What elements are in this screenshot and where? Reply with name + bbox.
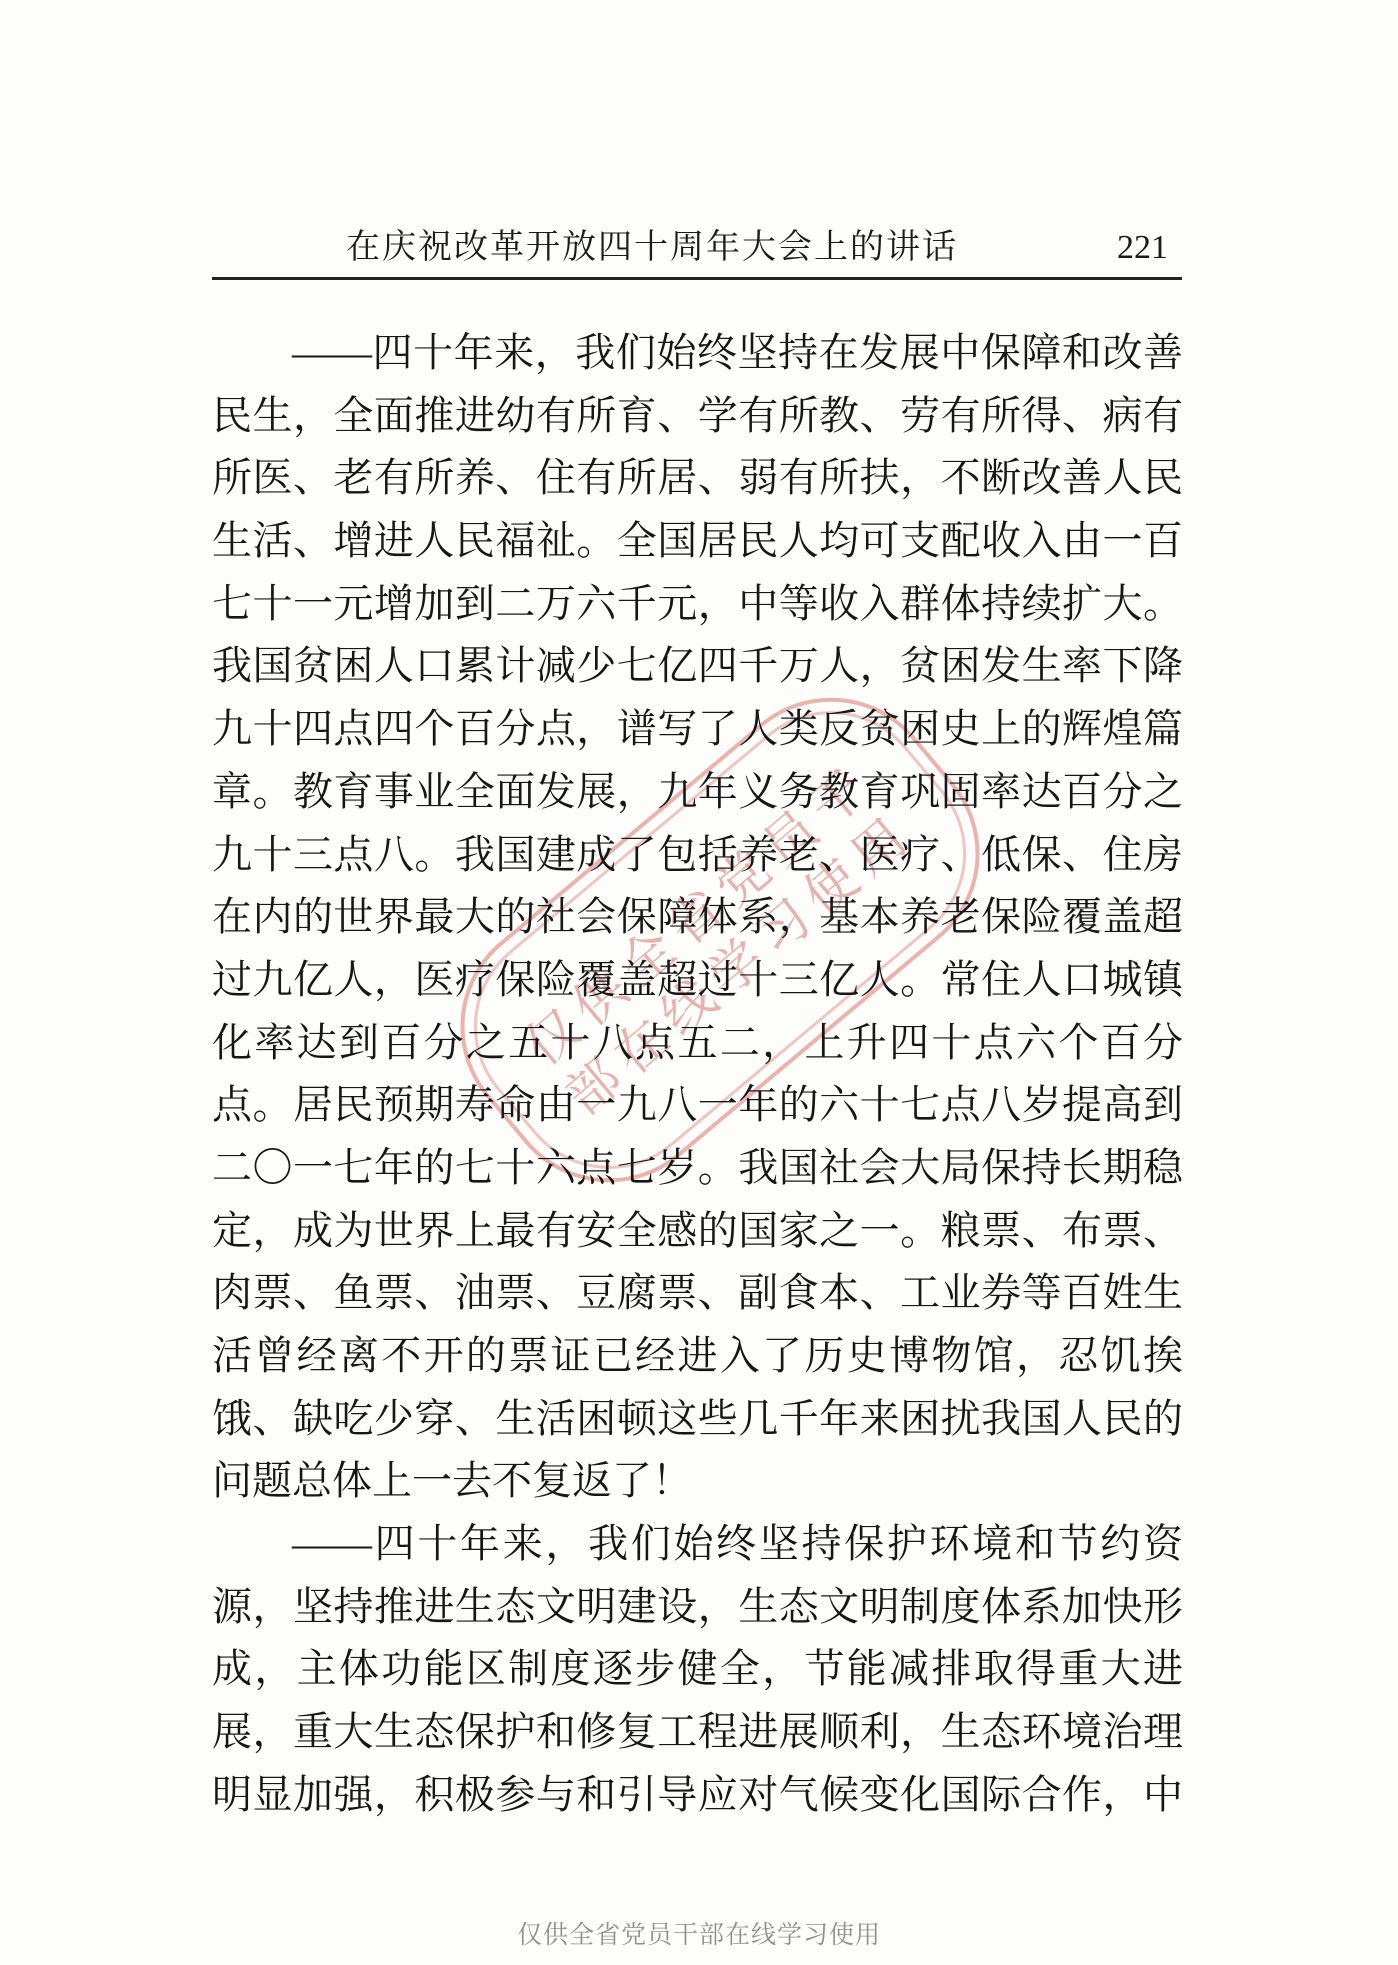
text-line: 化率达到百分之五十八点五二，上升四十点六个百分 <box>212 1012 1183 1075</box>
book-page: 在庆祝改革开放四十周年大会上的讲话 221 仅供全省党员干 部在线学习使用 ——… <box>0 0 1398 1965</box>
text-line: 活曾经离不开的票证已经进入了历史博物馆，忍饥挨 <box>212 1325 1183 1388</box>
text-line: 定，成为世界上最有安全感的国家之一。粮票、布票、 <box>212 1200 1183 1263</box>
text-line: 章。教育事业全面发展，九年义务教育巩固率达百分之 <box>212 761 1183 824</box>
text-line: 明显加强，积极参与和引导应对气候变化国际合作，中 <box>212 1764 1183 1827</box>
page-header: 在庆祝改革开放四十周年大会上的讲话 221 <box>212 226 1182 270</box>
body-paragraphs: ——四十年来，我们始终坚持在发展中保障和改善 民生，全面推进幼有所育、学有所教、… <box>212 322 1183 1827</box>
page-number: 221 <box>1117 226 1168 270</box>
text-line: 九十三点八。我国建成了包括养老、医疗、低保、住房 <box>212 824 1183 887</box>
text-line: 九十四点四个百分点，谱写了人类反贫困史上的辉煌篇 <box>212 698 1183 761</box>
text-line: 点。居民预期寿命由一九八一年的六十七点八岁提高到 <box>212 1074 1183 1137</box>
text-line: 民生，全面推进幼有所育、学有所教、劳有所得、病有 <box>212 385 1183 448</box>
header-rule <box>212 277 1182 280</box>
text-line: 在内的世界最大的社会保障体系，基本养老保险覆盖超 <box>212 886 1183 949</box>
text-line: 问题总体上一去不复返了！ <box>212 1450 1183 1513</box>
text-line: 所医、老有所养、住有所居、弱有所扶，不断改善人民 <box>212 447 1183 510</box>
footer-usage-note: 仅供全省党员干部在线学习使用 <box>0 1918 1398 1952</box>
text-line: 过九亿人，医疗保险覆盖超过十三亿人。常住人口城镇 <box>212 949 1183 1012</box>
text-line: 源，坚持推进生态文明建设，生态文明制度体系加快形 <box>212 1576 1183 1639</box>
text-line: 七十一元增加到二万六千元，中等收入群体持续扩大。 <box>212 573 1183 636</box>
text-line: 展，重大生态保护和修复工程进展顺利，生态环境治理 <box>212 1701 1183 1764</box>
text-line: 二〇一七年的七十六点七岁。我国社会大局保持长期稳 <box>212 1137 1183 1200</box>
text-line: ——四十年来，我们始终坚持保护环境和节约资 <box>212 1513 1183 1576</box>
text-line: ——四十年来，我们始终坚持在发展中保障和改善 <box>212 322 1183 385</box>
text-line: 我国贫困人口累计减少七亿四千万人，贫困发生率下降 <box>212 635 1183 698</box>
text-line: 肉票、鱼票、油票、豆腐票、副食本、工业券等百姓生 <box>212 1262 1183 1325</box>
text-line: 生活、增进人民福祉。全国居民人均可支配收入由一百 <box>212 510 1183 573</box>
page-title: 在庆祝改革开放四十周年大会上的讲话 <box>212 226 1092 270</box>
text-line: 成，主体功能区制度逐步健全，节能减排取得重大进 <box>212 1638 1183 1701</box>
text-line: 饿、缺吃少穿、生活困顿这些几千年来困扰我国人民的 <box>212 1388 1183 1451</box>
